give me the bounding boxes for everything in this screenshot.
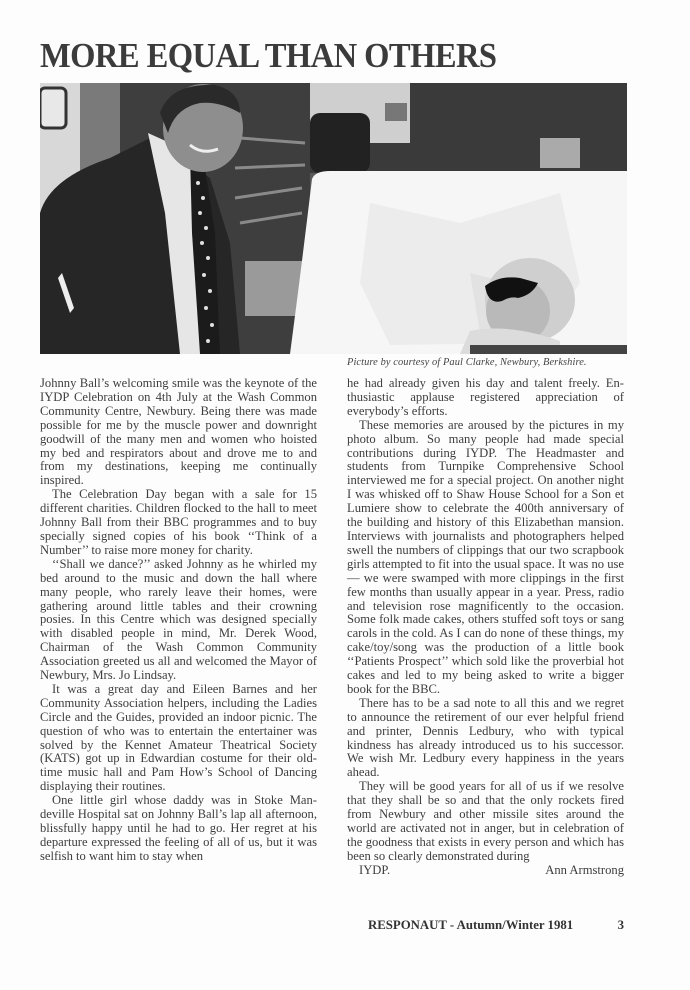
- paragraph: One little girl whose daddy was in Stoke…: [40, 794, 317, 864]
- article-photo: [40, 83, 627, 354]
- article-column-right: he had already given his day and talent …: [347, 377, 624, 878]
- paragraph: There has to be a sad note to all this a…: [347, 697, 624, 780]
- paragraph: They will be good years for all of us if…: [347, 780, 624, 863]
- publication-name: RESPONAUT - Autumn/Winter 1981: [368, 918, 573, 933]
- paragraph: These memories are aroused by the pictur…: [347, 419, 624, 697]
- paragraph: The Celebration Day began with a sale fo…: [40, 488, 317, 558]
- closing-text: IYDP.: [347, 864, 390, 878]
- paragraph: ‘‘Shall we dance?’’ asked Johnny as he w…: [40, 558, 317, 683]
- article-title: MORE EQUAL THAN OTHERS: [40, 38, 496, 73]
- article-column-left: Johnny Ball’s welcoming smile was the ke…: [40, 377, 317, 864]
- photo-illustration: [40, 83, 627, 354]
- page-footer: RESPONAUT - Autumn/Winter 1981 3: [368, 918, 624, 933]
- photo-caption: Picture by courtesy of Paul Clarke, Newb…: [347, 357, 627, 368]
- paragraph: he had already given his day and talent …: [347, 377, 624, 419]
- paragraph: Johnny Ball’s welcoming smile was the ke…: [40, 377, 317, 488]
- paragraph: It was a great day and Eileen Barnes and…: [40, 683, 317, 794]
- signoff-line: IYDP. Ann Armstrong: [347, 864, 624, 878]
- page-number: 3: [618, 918, 624, 933]
- author-name: Ann Armstrong: [533, 864, 624, 878]
